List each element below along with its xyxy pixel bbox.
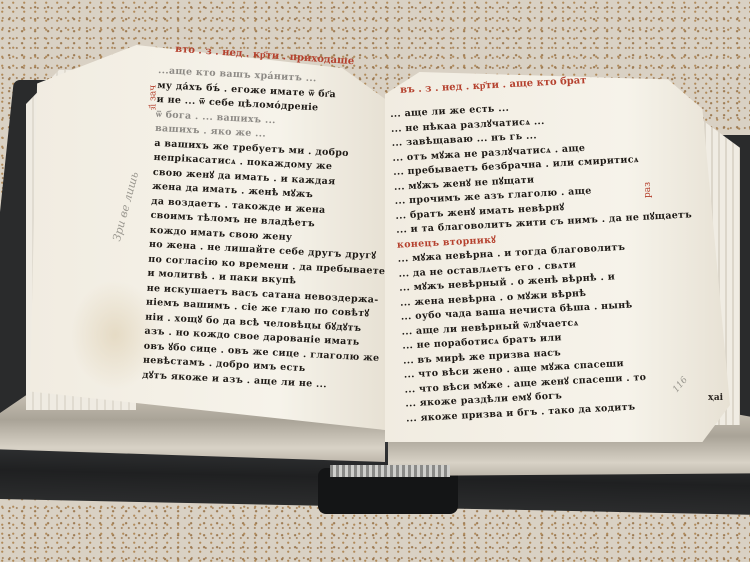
headband	[330, 465, 450, 477]
folio-number: ҳаі	[708, 393, 723, 403]
right-page-text: ... аще ли же есть ... ... не нѣкаа разл…	[390, 92, 702, 426]
left-page-text: ...аще кто вашъ хра́нитъ ... му да́хъ бъ…	[142, 64, 396, 395]
